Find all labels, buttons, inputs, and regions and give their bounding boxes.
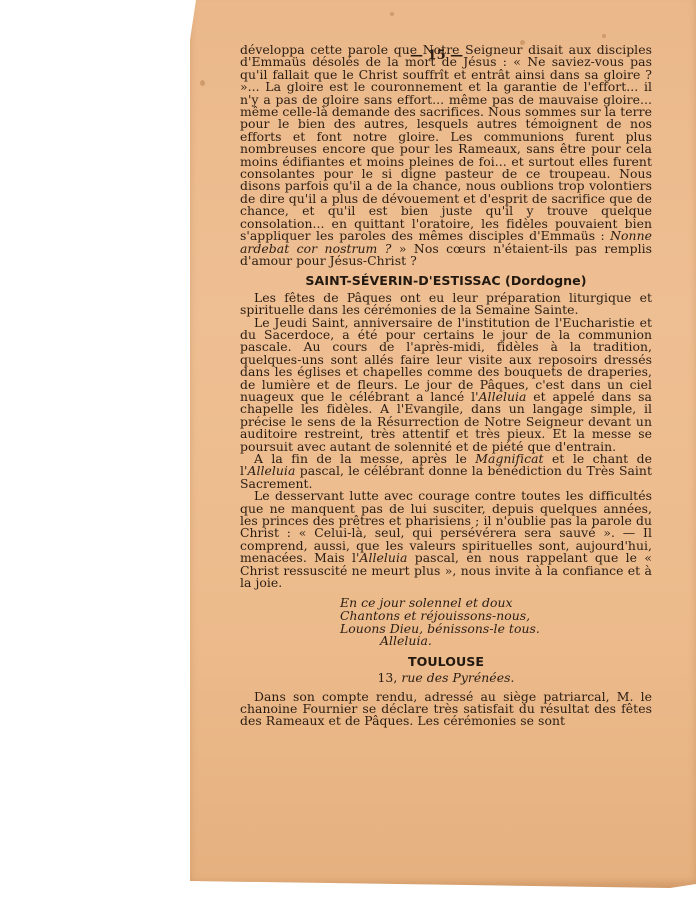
section-heading-saint-severin: SAINT-SÉVERIN-D'ESTISSAC (Dordogne) xyxy=(240,275,652,287)
paragraph: A la fin de la messe, après le Magnifica… xyxy=(240,453,652,490)
stain-spot xyxy=(602,34,606,38)
paragraph: Les fêtes de Pâques ont eu leur préparat… xyxy=(240,292,652,317)
stain-spot xyxy=(390,12,394,16)
poem-line: Alleluia. xyxy=(340,635,652,648)
poem-verse: En ce jour solennel et doux Chantons et … xyxy=(340,597,652,647)
section-heading-toulouse: TOULOUSE xyxy=(240,656,652,668)
paragraph: Le Jeudi Saint, anniversaire de l'instit… xyxy=(240,317,652,453)
document-body: développa cette parole que Notre Seigneu… xyxy=(240,44,652,728)
stain-spot xyxy=(200,80,205,86)
paragraph: Dans son compte rendu, adressé au siège … xyxy=(240,691,652,728)
address-subheading: 13, rue des Pyrénées. xyxy=(240,672,652,684)
paragraph: Le desservant lutte avec courage contre … xyxy=(240,490,652,589)
intro-paragraph: développa cette parole que Notre Seigneu… xyxy=(240,44,652,267)
